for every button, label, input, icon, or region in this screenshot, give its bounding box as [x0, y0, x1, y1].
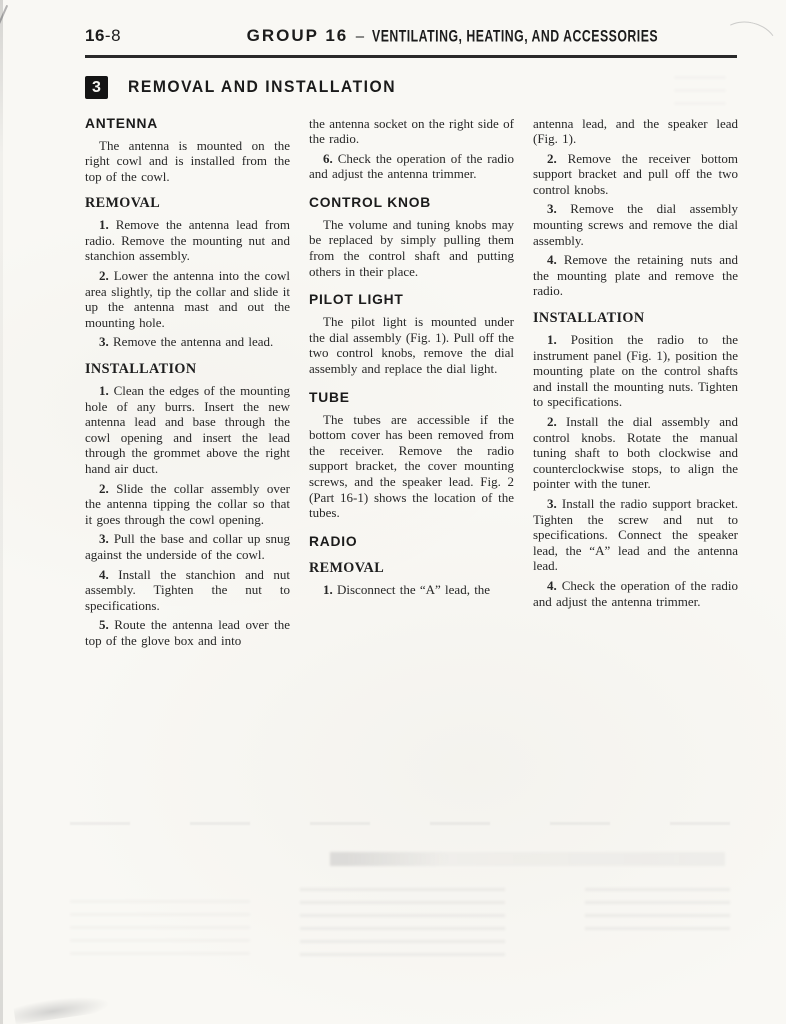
- step-number: 4.: [547, 252, 564, 267]
- step-number: 1.: [547, 332, 571, 347]
- paragraph: 4. Check the operation of the radio and …: [533, 578, 738, 609]
- text-column-2: the antenna socket on the right side of …: [309, 116, 514, 653]
- three-column-text: ANTENNAThe antenna is mounted on the rig…: [85, 116, 737, 653]
- step-number: 6.: [323, 151, 338, 166]
- sub-heading: REMOVAL: [309, 560, 514, 577]
- step-number: 3.: [547, 201, 570, 216]
- paragraph: 1. Disconnect the “A” lead, the: [309, 582, 514, 598]
- sub-heading: INSTALLATION: [85, 361, 290, 378]
- paragraph: 3. Pull the base and collar up snug agai…: [85, 531, 290, 562]
- page-header: 16-8 GROUP 16 – VENTILATING, HEATING, AN…: [85, 26, 737, 50]
- paragraph: 2. Remove the receiver bottom support br…: [533, 151, 738, 198]
- step-number: 2.: [99, 481, 116, 496]
- scan-bleedthrough: [585, 888, 730, 930]
- section-heading: 3 REMOVAL AND INSTALLATION: [85, 76, 737, 100]
- scan-corner-mark: [0, 5, 8, 30]
- step-number: 3.: [99, 531, 114, 546]
- header-rule: [85, 55, 737, 58]
- paragraph: 3. Remove the dial assembly mounting scr…: [533, 201, 738, 248]
- sub-heading: REMOVAL: [85, 195, 290, 212]
- paragraph: 3. Install the radio support bracket. Ti…: [533, 496, 738, 574]
- paragraph: 6. Check the operation of the radio and …: [309, 151, 514, 182]
- page-number-group: 16: [85, 26, 105, 45]
- header-title: GROUP 16 – VENTILATING, HEATING, AND ACC…: [230, 26, 737, 46]
- topic-heading: TUBE: [309, 390, 514, 405]
- paragraph: 4. Install the stanchion and nut assembl…: [85, 567, 290, 614]
- paragraph: 2. Slide the collar assembly over the an…: [85, 481, 290, 528]
- paragraph: 1. Remove the antenna lead from radio. R…: [85, 217, 290, 264]
- paragraph: 2. Install the dial assembly and control…: [533, 414, 738, 492]
- step-number: 2.: [547, 151, 568, 166]
- step-number: 1.: [323, 582, 337, 597]
- step-number: 4.: [99, 567, 118, 582]
- step-number: 5.: [99, 617, 114, 632]
- section-title: REMOVAL AND INSTALLATION: [128, 78, 396, 97]
- scan-smudge: [13, 991, 111, 1024]
- paragraph: the antenna socket on the right side of …: [309, 116, 514, 147]
- paragraph: 4. Remove the retaining nuts and the mou…: [533, 252, 738, 299]
- step-number: 2.: [547, 414, 566, 429]
- paragraph: The antenna is mounted on the right cowl…: [85, 138, 290, 185]
- step-number: 3.: [547, 496, 562, 511]
- paragraph: The tubes are accessible if the bottom c…: [309, 412, 514, 521]
- topic-heading: PILOT LIGHT: [309, 292, 514, 307]
- topic-heading: CONTROL KNOB: [309, 195, 514, 210]
- scan-bleedthrough: [70, 900, 250, 955]
- header-dash: –: [353, 28, 367, 45]
- page-number: 16-8: [85, 26, 121, 46]
- step-number: 3.: [99, 334, 113, 349]
- step-number: 1.: [99, 217, 116, 232]
- sub-heading: INSTALLATION: [533, 310, 738, 327]
- step-number: 2.: [99, 268, 114, 283]
- page-number-page: -8: [105, 26, 121, 45]
- paragraph: 3. Remove the antenna and lead.: [85, 334, 290, 350]
- paragraph: 5. Route the antenna lead over the top o…: [85, 617, 290, 648]
- paragraph: The pilot light is mounted under the dia…: [309, 314, 514, 376]
- step-number: 1.: [99, 383, 114, 398]
- topic-heading: RADIO: [309, 534, 514, 549]
- scan-bleedthrough: [330, 852, 725, 866]
- manual-page: 16-8 GROUP 16 – VENTILATING, HEATING, AN…: [0, 0, 786, 1024]
- scan-bleedthrough: [70, 822, 730, 825]
- paragraph: The volume and tuning knobs may be repla…: [309, 217, 514, 279]
- section-number-badge: 3: [85, 76, 108, 99]
- topic-heading: ANTENNA: [85, 116, 290, 131]
- text-column-3: antenna lead, and the speaker lead (Fig.…: [533, 116, 738, 653]
- scan-edge-shadow: [0, 0, 3, 1024]
- paragraph: 1. Clean the edges of the mounting hole …: [85, 383, 290, 477]
- step-number: 4.: [547, 578, 562, 593]
- header-group-label: GROUP 16: [247, 26, 349, 45]
- paragraph: antenna lead, and the speaker lead (Fig.…: [533, 116, 738, 147]
- scan-bleedthrough: [300, 888, 505, 956]
- text-column-1: ANTENNAThe antenna is mounted on the rig…: [85, 116, 290, 653]
- header-group-title: VENTILATING, HEATING, AND ACCESSORIES: [372, 27, 658, 46]
- paragraph: 2. Lower the antenna into the cowl area …: [85, 268, 290, 330]
- paragraph: 1. Position the radio to the instrument …: [533, 332, 738, 410]
